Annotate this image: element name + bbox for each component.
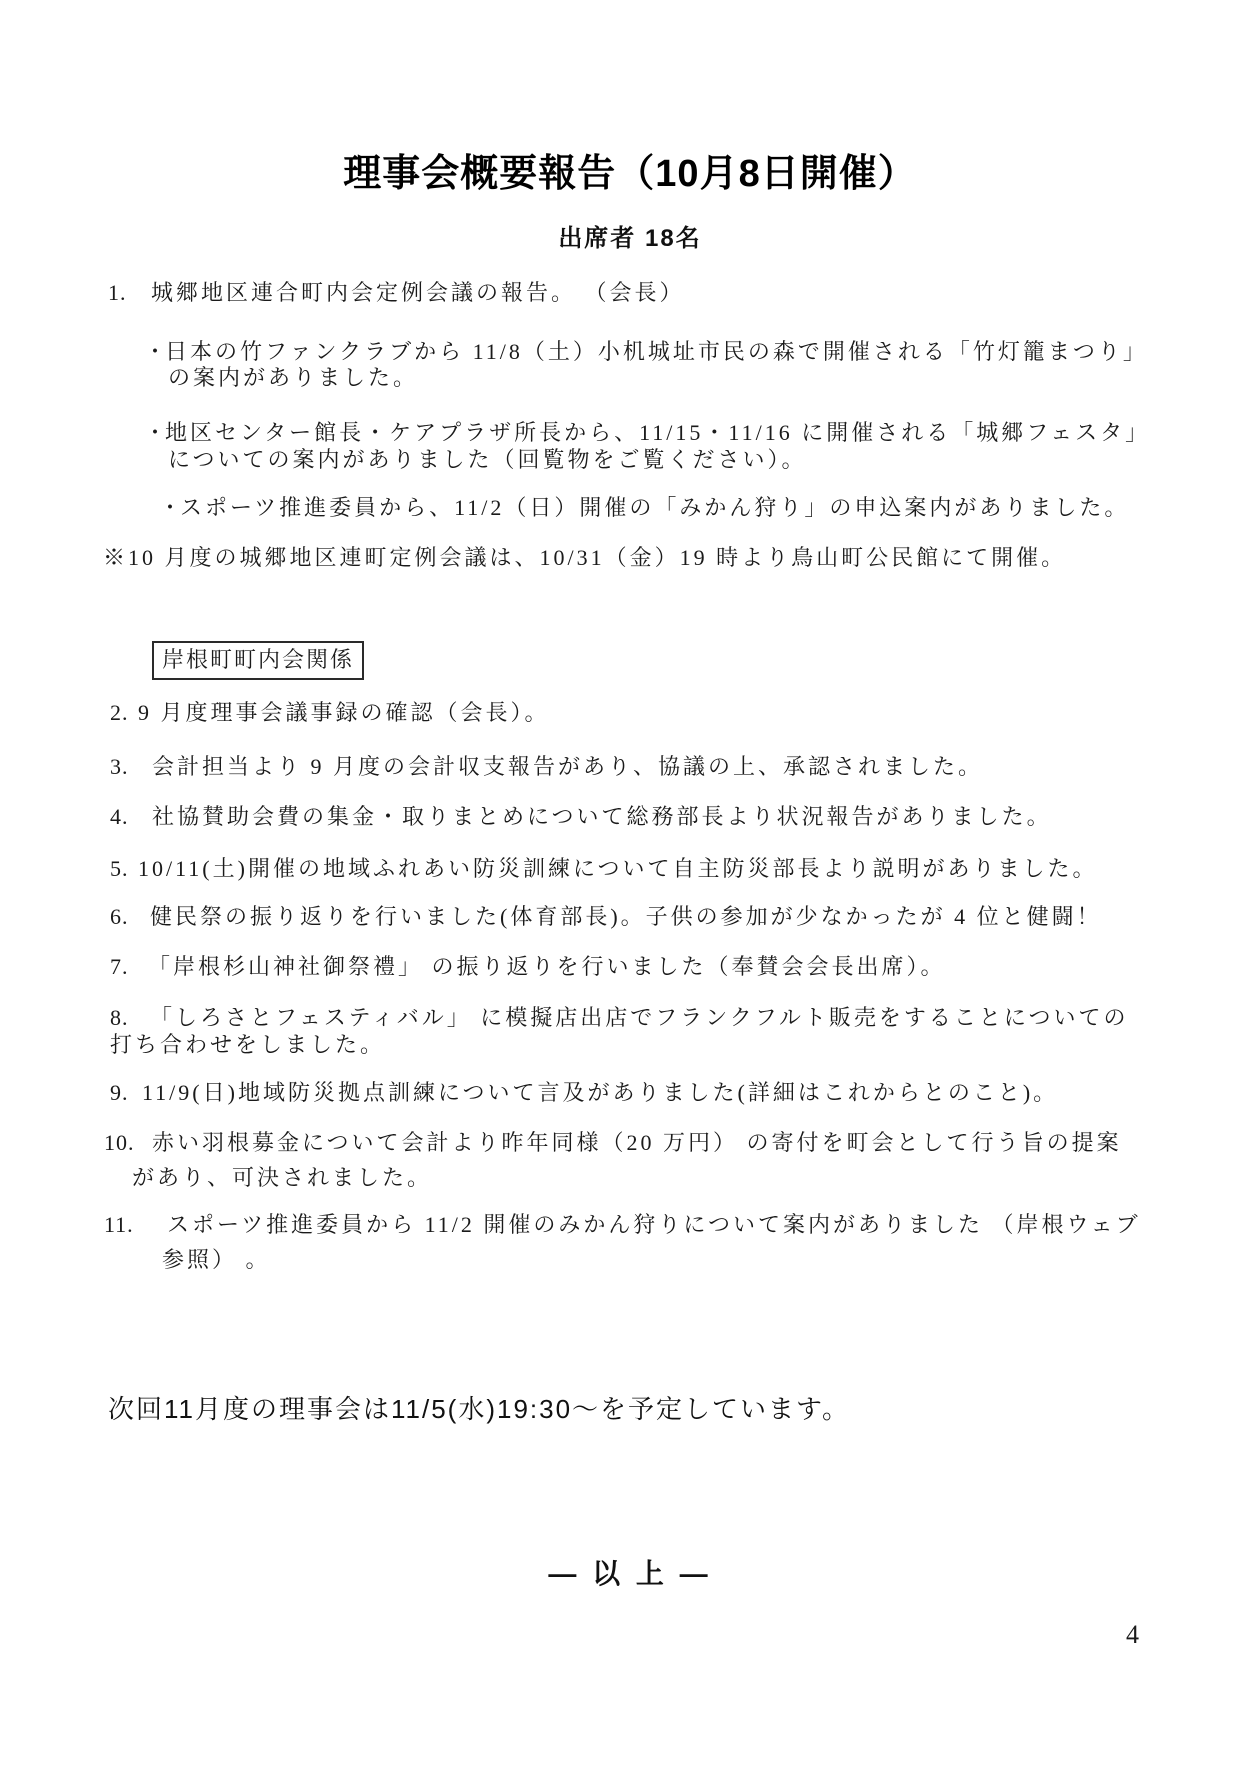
list-number-2: 2. [110,698,129,728]
list-number-10: 10. [104,1128,135,1158]
bullet-3-line-1: スポーツ推進委員から、11/2（日）開催の「みかん狩り」の申込案内がありました。 [180,493,1129,523]
list-item-3: 会計担当より 9 月度の会計収支報告があり、協議の上、承認されました。 [152,752,983,782]
bullet-1-line-2: の案内がありました。 [168,363,418,393]
list-number-9: 9. [110,1078,129,1108]
section-label: 岸根町町内会関係 [162,647,354,672]
list-number-6: 6. [110,902,129,932]
list-item-2: 9 月度理事会議事録の確認（会長）。 [138,698,550,728]
list-item-4: 社協賛助会費の集金・取りまとめについて総務部長より状況報告がありました。 [152,802,1052,832]
list-item-8-line-1: 「しろさとフェスティバル」 に模擬店出店でフランクフルト販売をすることについての [150,1003,1128,1033]
list-item-8-line-2: 打ち合わせをしました。 [110,1030,385,1060]
list-item-11-line-2: 参照） 。 [162,1245,271,1275]
list-item-10-line-2: があり、可決されました。 [132,1163,432,1193]
list-item-11-line-1: スポーツ推進委員から 11/2 開催のみかん狩りについて案内がありました （岸根… [167,1210,1141,1240]
next-meeting-notice: 次回11月度の理事会は11/5(水)19:30～を予定しています。 [108,1393,850,1425]
closing-mark: ― 以 上 ― [0,1557,1260,1591]
attendees-count: 出席者 18名 [0,224,1260,254]
list-number-5: 5. [110,854,129,884]
list-number-11: 11. [104,1210,134,1240]
list-number-1: 1. [108,278,127,308]
list-number-3: 3. [110,752,129,782]
page-number: 4 [1126,1619,1139,1651]
list-item-5: 10/11(土)開催の地域ふれあい防災訓練について自主防災部長より説明がありまし… [138,854,1098,884]
list-number-4: 4. [110,802,129,832]
list-item-7: 「岸根杉山神社御祭禮」 の振り返りを行いました（奉賛会会長出席）。 [148,952,946,982]
list-item-10-line-1: 赤い羽根募金について会計より昨年同様（20 万円） の寄付を町会として行う旨の提… [152,1128,1122,1158]
document-page: 理事会概要報告（10月8日開催） 出席者 18名 1. 城郷地区連合町内会定例会… [0,0,1260,1781]
bullet-2-line-1: 地区センター館長・ケアプラザ所長から、11/15・11/16 に開催される「城郷… [165,418,1150,448]
list-item-9: 11/9(日)地域防災拠点訓練について言及がありました(詳細はこれからとのこと)… [142,1078,1058,1108]
list-number-8: 8. [110,1003,129,1033]
list-number-7: 7. [110,952,129,982]
bullet-2-line-2: についての案内がありました（回覧物をご覧ください）。 [168,445,807,475]
list-item-6: 健民祭の振り返りを行いました(体育部長)。子供の参加が少なかったが 4 位と健闘… [150,902,1102,932]
section-label-box: 岸根町町内会関係 [152,641,364,680]
list-item-1: 城郷地区連合町内会定例会議の報告。 （会長） [151,278,685,308]
note-line: ※10 月度の城郷地区連町定例会議は、10/31（金）19 時より鳥山町公民館に… [103,543,1066,573]
report-title: 理事会概要報告（10月8日開催） [0,151,1260,197]
